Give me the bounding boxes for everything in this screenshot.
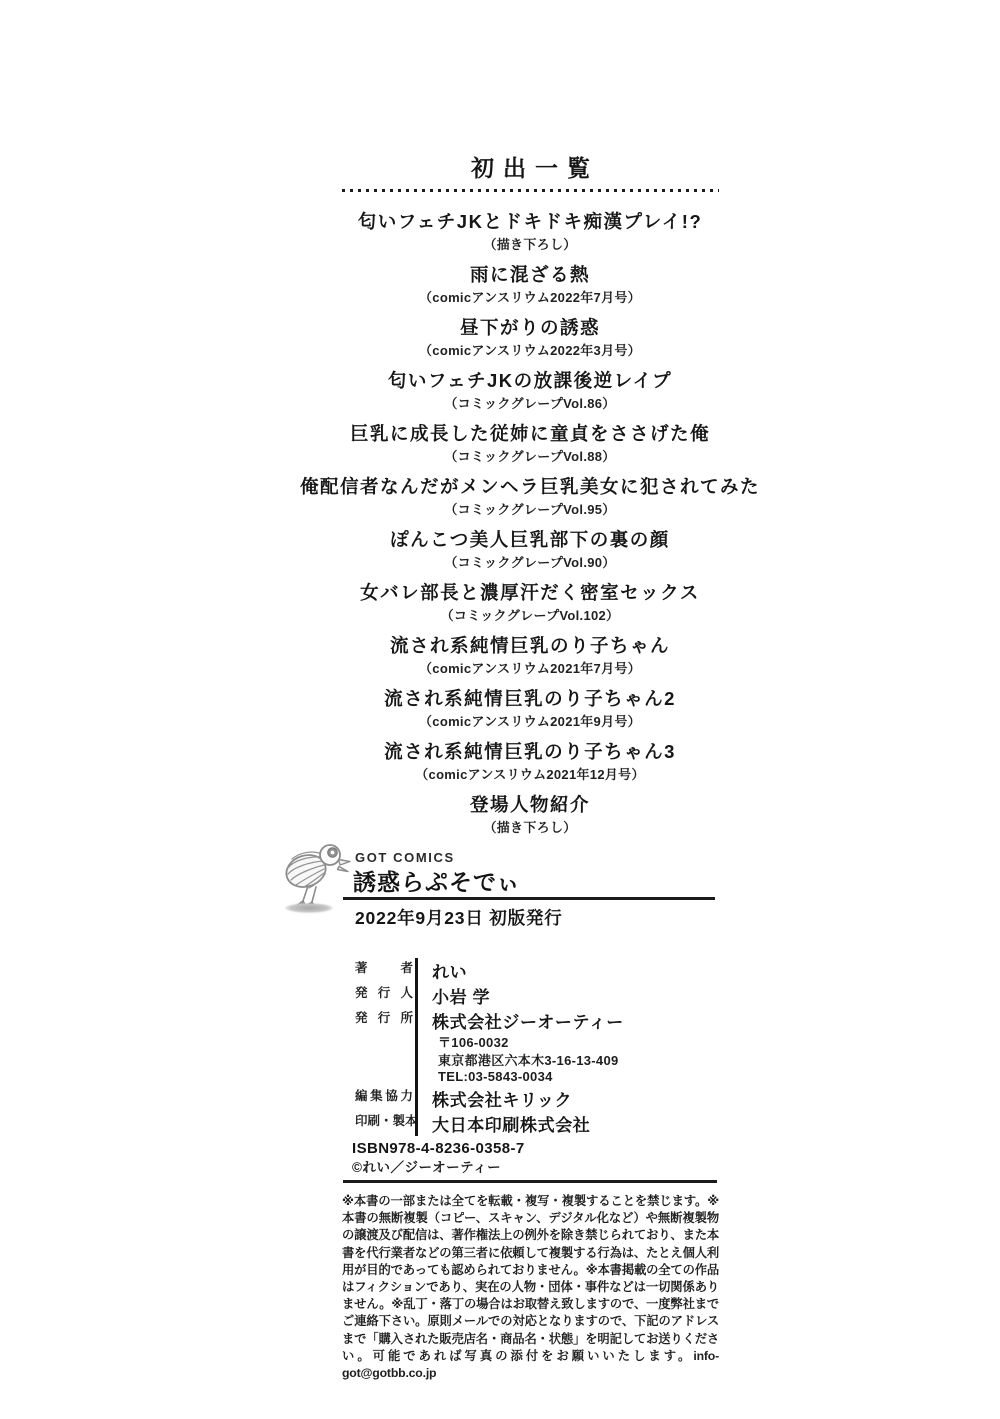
work-entry: 昼下がりの誘惑 （comicアンスリウム2022年3月号） xyxy=(155,315,905,360)
work-title: 俺配信者なんだがメンヘラ巨乳美女に犯されてみた xyxy=(155,474,905,500)
work-entry: 流され系純情巨乳のり子ちゃん3 （comicアンスリウム2021年12月号） xyxy=(155,739,905,784)
page-title: 初出一覧 xyxy=(343,150,718,183)
credit-label-publisher-person: 発行人 xyxy=(355,983,415,1008)
credit-label-author: 著者 xyxy=(355,958,415,983)
bird-doodle-logo-icon xyxy=(282,840,352,910)
work-entry: 雨に混ざる熱 （comicアンスリウム2022年7月号） xyxy=(155,262,905,307)
work-entry: 匂いフェチJKの放課後逆レイプ （コミックグレープVol.86） xyxy=(155,368,905,413)
dotted-divider xyxy=(342,189,719,192)
work-title: 昼下がりの誘惑 xyxy=(155,315,905,341)
work-title: 巨乳に成長した従姉に童貞をささげた俺 xyxy=(155,421,905,447)
work-source: （comicアンスリウム2021年7月号） xyxy=(155,659,905,678)
work-source: （コミックグレープVol.88） xyxy=(155,447,905,466)
credit-value-editing: 株式会社キリック xyxy=(415,1086,624,1111)
credit-label-publisher: 発行所 xyxy=(355,1008,415,1033)
colophon-page: 初出一覧 匂いフェチJKとドキドキ痴漢プレイ!? （描き下ろし） 雨に混ざる熱 … xyxy=(0,0,1000,1419)
title-divider xyxy=(343,897,715,900)
disclaimer-divider xyxy=(343,1180,717,1183)
work-title: 匂いフェチJKとドキドキ痴漢プレイ!? xyxy=(155,209,905,235)
work-title: 流され系純情巨乳のり子ちゃん3 xyxy=(155,739,905,765)
work-source: （コミックグレープVol.90） xyxy=(155,553,905,572)
work-source: （コミックグレープVol.102） xyxy=(155,606,905,625)
credit-label-editing: 編集協力 xyxy=(355,1086,415,1111)
work-title: 匂いフェチJKの放課後逆レイプ xyxy=(155,368,905,394)
work-title: ぽんこつ美人巨乳部下の裏の顔 xyxy=(155,527,905,553)
credit-value-author: れい xyxy=(415,958,624,983)
credit-label-printing: 印刷・製本 xyxy=(355,1111,415,1136)
work-title: 女バレ部長と濃厚汗だく密室セックス xyxy=(155,580,905,606)
work-entry: 流され系純情巨乳のり子ちゃん （comicアンスリウム2021年7月号） xyxy=(155,633,905,678)
credit-label-spacer xyxy=(355,1068,415,1086)
book-title: 誘惑らぷそでぃ xyxy=(353,864,521,897)
work-entry: 俺配信者なんだがメンヘラ巨乳美女に犯されてみた （コミックグレープVol.95） xyxy=(155,474,905,519)
work-source: （comicアンスリウム2021年9月号） xyxy=(155,712,905,731)
isbn-block: ISBN978-4-8236-0358-7 ©れい／ジーオーティー xyxy=(352,1139,525,1177)
work-entry: 女バレ部長と濃厚汗だく密室セックス （コミックグレープVol.102） xyxy=(155,580,905,625)
work-source: （comicアンスリウム2022年3月号） xyxy=(155,341,905,360)
publisher-telephone: TEL:03-5843-0034 xyxy=(415,1068,624,1086)
credit-value-publisher: 株式会社ジーオーティー xyxy=(415,1008,624,1033)
isbn-number: ISBN978-4-8236-0358-7 xyxy=(352,1139,525,1158)
credit-value-printing: 大日本印刷株式会社 xyxy=(415,1111,624,1136)
work-source: （描き下ろし） xyxy=(155,818,905,837)
work-title: 流され系純情巨乳のり子ちゃん2 xyxy=(155,686,905,712)
work-source: （描き下ろし） xyxy=(155,235,905,254)
credit-label-spacer xyxy=(355,1033,415,1051)
imprint-label: GOT COMICS xyxy=(355,850,455,865)
work-source: （comicアンスリウム2021年12月号） xyxy=(155,765,905,784)
legal-disclaimer: ※本書の一部または全てを転載・複写・複製することを禁じます。※本書の無断複製（コ… xyxy=(342,1193,719,1382)
work-source: （comicアンスリウム2022年7月号） xyxy=(155,288,905,307)
logo-shadow xyxy=(285,903,333,913)
work-title: 雨に混ざる熱 xyxy=(155,262,905,288)
work-title: 流され系純情巨乳のり子ちゃん xyxy=(155,633,905,659)
work-entry: 流され系純情巨乳のり子ちゃん2 （comicアンスリウム2021年9月号） xyxy=(155,686,905,731)
work-entry: 巨乳に成長した従姉に童貞をささげた俺 （コミックグレープVol.88） xyxy=(155,421,905,466)
credits-table: 著者 れい 発行人 小岩 学 発行所 株式会社ジーオーティー 〒106-0032… xyxy=(355,958,624,1136)
credit-value-publisher-person: 小岩 学 xyxy=(415,983,624,1008)
copyright-notice: ©れい／ジーオーティー xyxy=(352,1158,525,1177)
work-entry: 登場人物紹介 （描き下ろし） xyxy=(155,792,905,837)
work-source: （コミックグレープVol.95） xyxy=(155,500,905,519)
work-source: （コミックグレープVol.86） xyxy=(155,394,905,413)
edition-date: 2022年9月23日 初版発行 xyxy=(355,905,563,930)
publisher-street-address: 東京都港区六本木3-16-13-409 xyxy=(415,1051,624,1069)
work-entry: ぽんこつ美人巨乳部下の裏の顔 （コミックグレープVol.90） xyxy=(155,527,905,572)
publication-list: 匂いフェチJKとドキドキ痴漢プレイ!? （描き下ろし） 雨に混ざる熱 （comi… xyxy=(155,209,905,845)
credit-label-spacer xyxy=(355,1051,415,1069)
work-entry: 匂いフェチJKとドキドキ痴漢プレイ!? （描き下ろし） xyxy=(155,209,905,254)
work-title: 登場人物紹介 xyxy=(155,792,905,818)
publisher-postal-code: 〒106-0032 xyxy=(415,1033,624,1051)
